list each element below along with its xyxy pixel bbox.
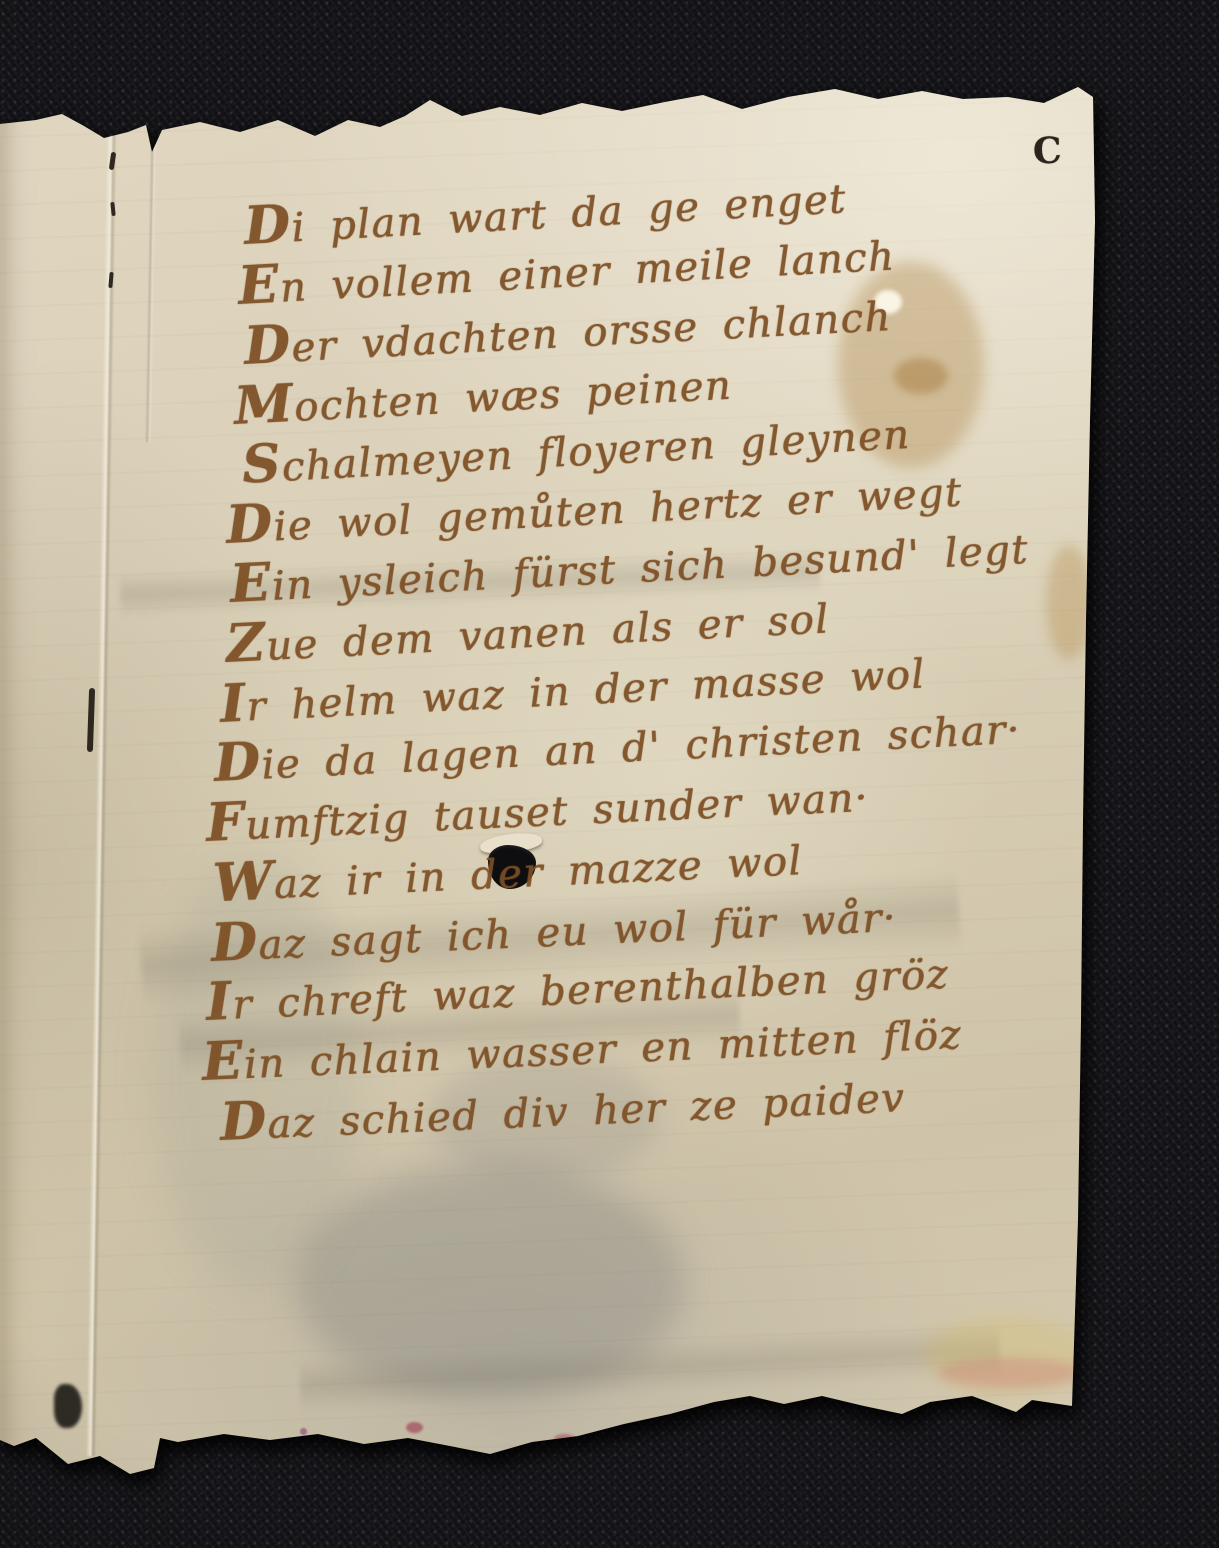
manuscript-text: Di plan wart da ge enget En vollem einer… — [0, 0, 1219, 1548]
manuscript-photo: C Di plan wart da ge enget En vollem ein… — [0, 0, 1219, 1548]
parchment-page: C Di plan wart da ge enget En vollem ein… — [0, 0, 1219, 1548]
red-stain — [342, 1446, 353, 1454]
parchment-shadow: C Di plan wart da ge enget En vollem ein… — [0, 0, 1219, 1548]
